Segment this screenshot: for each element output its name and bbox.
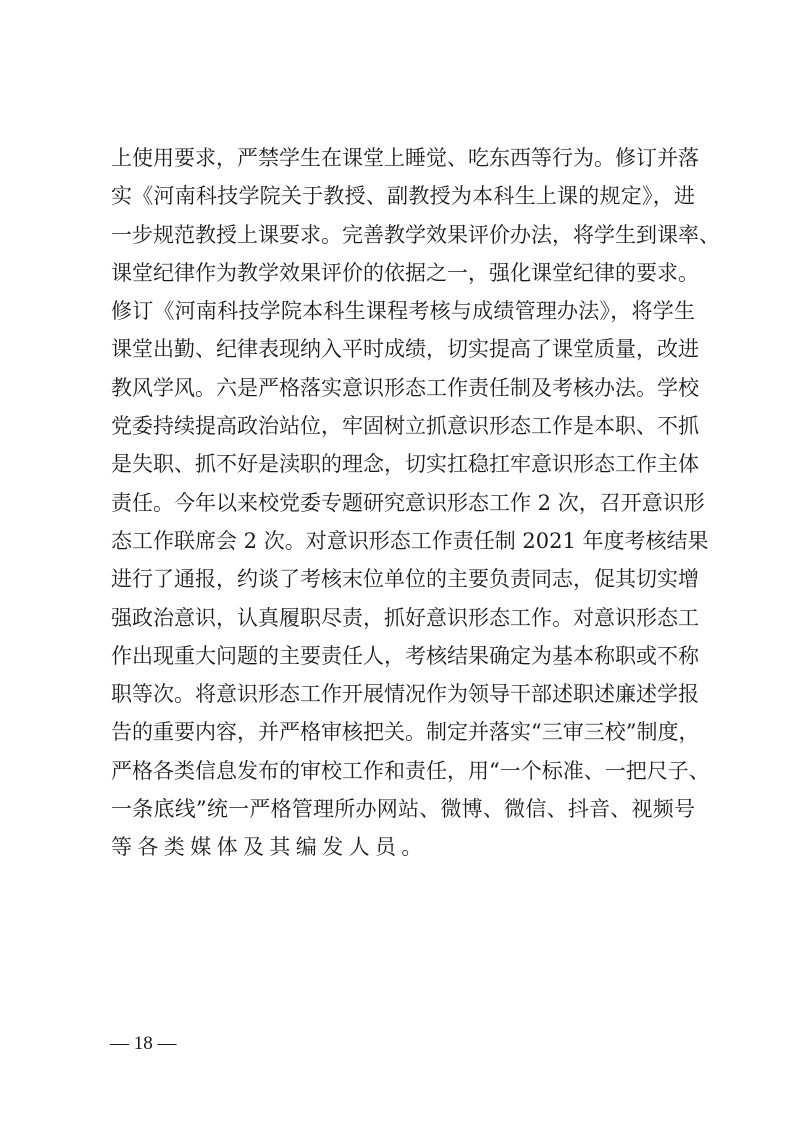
text-line: 课堂出勤、纪律表现纳入平时成绩，切实提高了课堂质量，改进	[111, 330, 695, 368]
text-line: 一条底线”统一严格管理所办网站、微博、微信、抖音、视频号	[111, 790, 695, 828]
text-line-last: 等各类媒体及其编发人员。	[111, 828, 695, 866]
text-line: 一步规范教授上课要求。完善教学效果评价办法，将学生到课率、	[111, 216, 695, 254]
text-line: 进行了通报，约谈了考核末位单位的主要负责同志，促其切实增	[111, 560, 695, 598]
text-line: 党委持续提高政治站位，牢固树立抓意识形态工作是本职、不抓	[111, 407, 695, 445]
text-line: 强政治意识，认真履职尽责，抓好意识形态工作。对意识形态工	[111, 599, 695, 637]
text-line: 是失职、抓不好是渎职的理念，切实扛稳扛牢意识形态工作主体	[111, 445, 695, 483]
body-paragraph: 上使用要求，严禁学生在课堂上睡觉、吃东西等行为。修订并落 实《河南科技学院关于教…	[111, 139, 695, 867]
text-line: 职等次。将意识形态工作开展情况作为领导干部述职述廉述学报	[111, 675, 695, 713]
text-line: 作出现重大问题的主要责任人，考核结果确定为基本称职或不称	[111, 637, 695, 675]
text-line: 课堂纪律作为教学效果评价的依据之一，强化课堂纪律的要求。	[111, 254, 695, 292]
text-line: 修订《河南科技学院本科生课程考核与成绩管理办法》，将学生	[111, 292, 695, 330]
page-number: — 18 —	[110, 1033, 177, 1055]
text-line: 上使用要求，严禁学生在课堂上睡觉、吃东西等行为。修订并落	[111, 139, 695, 177]
text-line: 告的重要内容，并严格审核把关。制定并落实“三审三校”制度，	[111, 713, 695, 751]
text-line: 实《河南科技学院关于教授、副教授为本科生上课的规定》，进	[111, 177, 695, 215]
text-line: 严格各类信息发布的审校工作和责任，用“一个标准、一把尺子、	[111, 752, 695, 790]
text-line: 态工作联席会 2 次。对意识形态工作责任制 2021 年度考核结果	[111, 522, 695, 560]
document-page: 上使用要求，严禁学生在课堂上睡觉、吃东西等行为。修订并落 实《河南科技学院关于教…	[0, 0, 793, 1122]
text-line: 责任。今年以来校党委专题研究意识形态工作 2 次，召开意识形	[111, 484, 695, 522]
text-line: 教风学风。六是严格落实意识形态工作责任制及考核办法。学校	[111, 369, 695, 407]
